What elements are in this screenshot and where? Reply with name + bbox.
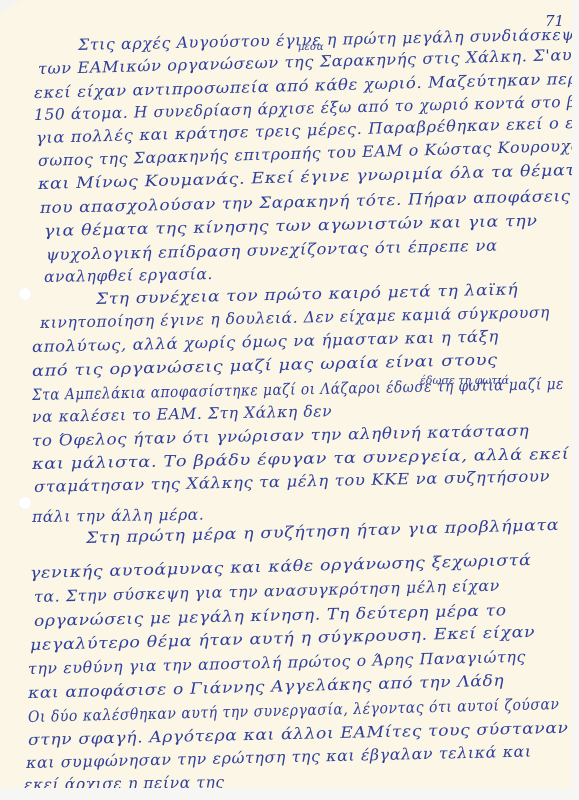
manuscript-page: 71 μέσα Στις αρχές Αυγούστου έγινε η πρώ…	[0, 0, 572, 788]
manuscript-line: Στα Αμπελάκια αποφασίστηκε μαζί οι Λάζαρ…	[32, 375, 564, 404]
manuscript-line: τα. Στην σύσκεψη για την ανασυγκρότηση μ…	[34, 577, 500, 606]
manuscript-line: για θέματα της κίνησης των αγωνιστών και…	[44, 212, 538, 240]
punch-hole-lower	[18, 496, 32, 510]
manuscript-line: το Όφελος ήταν ότι γνώρισαν την αληθινή …	[32, 422, 530, 450]
manuscript-line: σταμάτησαν της Χάλκης τα μέλη του ΚΚΕ να…	[34, 467, 551, 496]
manuscript-line: αναληφθεί εργασία.	[44, 265, 213, 286]
manuscript-line: ψυχολογική επίδραση συνεχίζοντας ότι έπρ…	[46, 237, 498, 264]
manuscript-line: να καλέσει το ΕΑΜ. Στη Χάλκη δεν	[32, 402, 333, 426]
punch-hole-upper	[18, 287, 32, 301]
scan-margin-right	[572, 0, 579, 800]
manuscript-line: πάλι την άλλη μέρα.	[32, 506, 205, 526]
manuscript-line: Στη συνέχεια τον πρώτο καιρό μετά τη λαϊ…	[96, 280, 519, 308]
folded-corner	[0, 0, 22, 14]
scan-margin-bottom	[0, 788, 579, 800]
